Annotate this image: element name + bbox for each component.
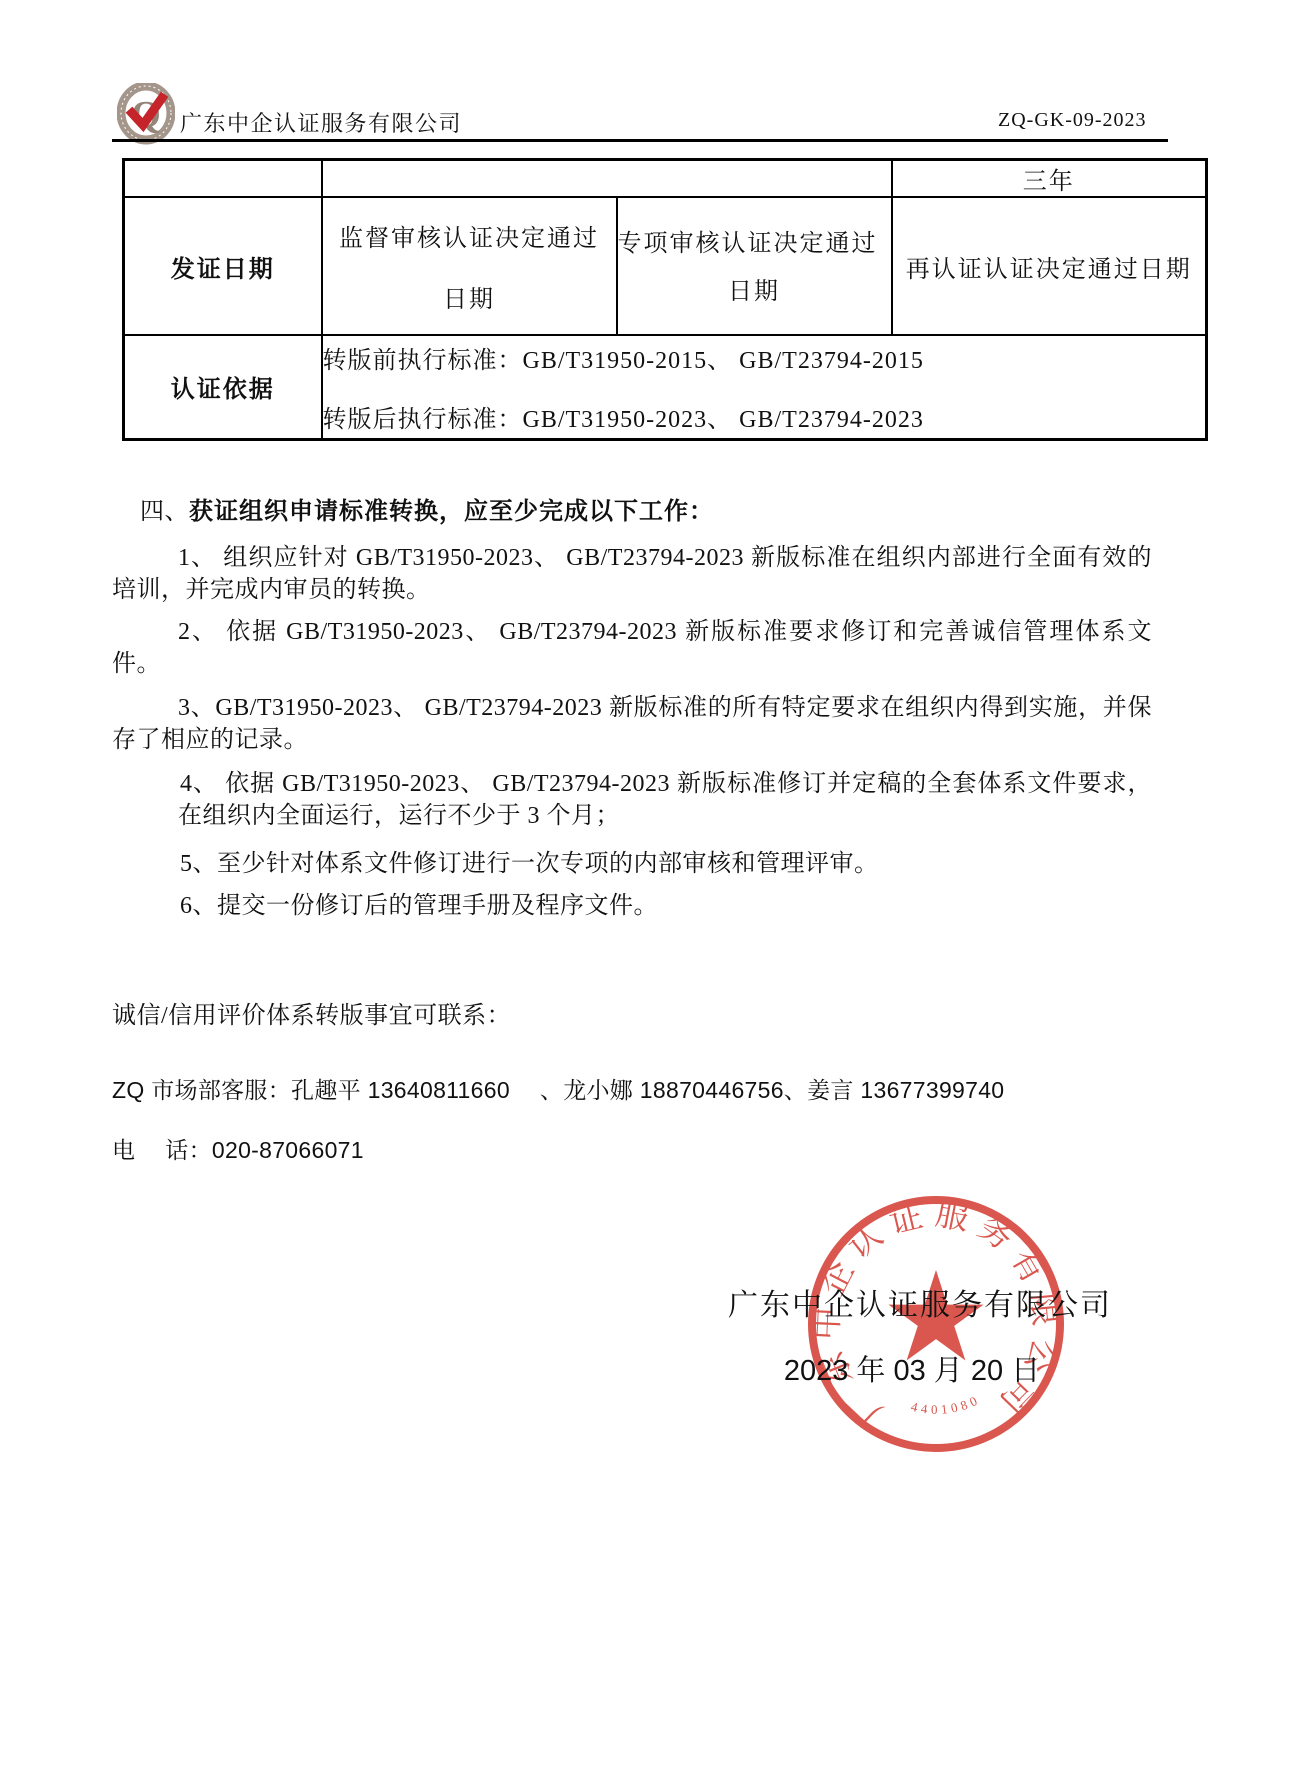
certificate-info-table: 三年 发证日期 监督审核认证决定通过 日期 专项审核认证决定通过 日期 再认证认… xyxy=(122,158,1208,441)
special-line1: 专项审核认证决定通过 xyxy=(618,225,891,263)
section-heading: 四、获证组织申请标准转换，应至少完成以下工作： xyxy=(112,496,1152,528)
special-audit-date-cell: 专项审核认证决定通过 日期 xyxy=(617,197,892,335)
supervision-date-cell: 监督审核认证决定通过 日期 xyxy=(322,197,617,335)
document-code: ZQ-GK-09-2023 xyxy=(998,109,1147,132)
recertification-date-cell: 再认证认证决定通过日期 xyxy=(892,197,1207,335)
basis-label-cell: 认证依据 xyxy=(124,335,322,439)
company-round-seal-icon: 广东中企认证服务有限公司 4401080677 xyxy=(800,1188,1072,1460)
list-item-5: 5、至少针对体系文件修订进行一次专项的内部审核和管理评审。 xyxy=(178,848,1152,880)
basis-before-line: 转版前执行标准：GB/T31950-2015、 GB/T23794-2015 xyxy=(323,340,1206,375)
validity-empty-cell-1 xyxy=(124,160,322,198)
certification-badge-q-check-icon: Q xyxy=(117,83,175,145)
validity-value-cell: 三年 xyxy=(892,160,1207,198)
list-item-6: 6、提交一份修订后的管理手册及程序文件。 xyxy=(178,890,1152,922)
section-number: 四、 xyxy=(140,499,189,525)
list-item-3: 3、GB/T31950-2023、 GB/T23794-2023 新版标准的所有… xyxy=(112,692,1152,756)
list-item-1: 1、 组织应针对 GB/T31950-2023、 GB/T23794-2023 … xyxy=(112,542,1152,606)
list-item-4: 4、 依据 GB/T31950-2023、 GB/T23794-2023 新版标… xyxy=(178,768,1152,832)
contact-service: ZQ 市场部客服：孔趣平 13640811660 、龙小娜 1887044675… xyxy=(112,1074,1152,1106)
header-rule xyxy=(112,139,1168,142)
header-company-name: 广东中企认证服务有限公司 xyxy=(180,107,462,138)
validity-empty-cell-2 xyxy=(322,160,892,198)
contact-phone: 电 话：020-87066071 xyxy=(112,1134,1152,1166)
issue-date-label-cell: 发证日期 xyxy=(124,197,322,335)
table-row-validity: 三年 xyxy=(124,160,1207,198)
basis-after-line: 转版后执行标准：GB/T31950-2023、 GB/T23794-2023 xyxy=(323,399,1206,434)
list-item-2: 2、 依据 GB/T31950-2023、 GB/T23794-2023 新版标… xyxy=(112,616,1152,680)
table-row-basis: 认证依据 转版前执行标准：GB/T31950-2015、 GB/T23794-2… xyxy=(124,335,1207,439)
signature-date: 2023 年 03 月 20 日 xyxy=(728,1348,1096,1389)
contact-intro: 诚信/信用评价体系转版事宜可联系： xyxy=(112,1000,1152,1032)
basis-value-cell: 转版前执行标准：GB/T31950-2015、 GB/T23794-2015 转… xyxy=(322,335,1207,439)
document-page: Q 广东中企认证服务有限公司 ZQ-GK-09-2023 三年 发证日期 监督审… xyxy=(0,0,1299,1766)
table-row-issue-date: 发证日期 监督审核认证决定通过 日期 专项审核认证决定通过 日期 再认证认证决定… xyxy=(124,197,1207,335)
supervision-line1: 监督审核认证决定通过 xyxy=(323,218,616,253)
section-title: 获证组织申请标准转换，应至少完成以下工作： xyxy=(189,499,714,525)
special-line2: 日期 xyxy=(618,277,891,307)
supervision-line2: 日期 xyxy=(323,279,616,314)
signature-company: 广东中企认证服务有限公司 xyxy=(728,1280,1112,1324)
body-text: 四、获证组织申请标准转换，应至少完成以下工作： 1、 组织应针对 GB/T319… xyxy=(112,496,1152,1166)
